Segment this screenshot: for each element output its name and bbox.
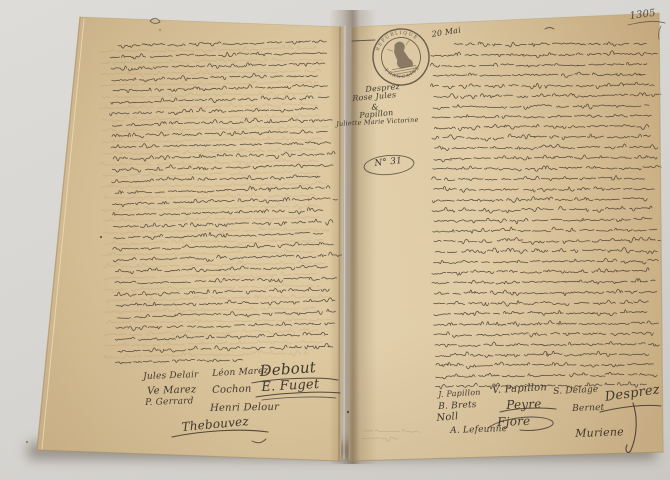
annotations-layer: 1305 20 MaiDesprezRose Jules&PapillonJul… <box>0 0 670 480</box>
sig-s-delage: S. Delage <box>553 385 599 397</box>
sig-thebouvez: Thebouvez <box>181 414 249 434</box>
sig-desprez: Desprez <box>604 382 661 405</box>
margin-act-number: N° 31 <box>374 156 403 169</box>
margin-groom-firstnames: Rose Jules <box>352 90 397 103</box>
sig-henri-delour: Henri Delour <box>210 402 279 414</box>
margin-date: 20 Mai <box>431 25 461 38</box>
page-number: 1305 <box>629 8 656 22</box>
margin-bride-firstnames: Juliette Marie Victorine <box>336 116 419 128</box>
sig-noll: Noll <box>436 411 459 424</box>
sig-muriene: Muriene <box>575 425 624 440</box>
sig-cochon: Cochon <box>212 384 252 396</box>
sig-ve-marez: Ve Marez <box>147 384 197 397</box>
sig-j-papillon: J. Papillon <box>438 388 481 399</box>
sig-jules-delair: Jules Delair <box>143 370 199 382</box>
sig-bernet: Bernet <box>572 403 605 414</box>
sig-p-gerrard: P. Gerrard <box>145 396 194 408</box>
sig-v-papillon: V. Papillon <box>492 382 547 396</box>
sig-peyre: Peyre <box>506 397 542 412</box>
sig-a-lefeunne: A. Lefeunne <box>450 424 507 436</box>
book-scan-background: REPUBLIQUE FRANCAISE 1305 20 MaiDesprezR… <box>0 0 670 480</box>
sig-e-fuget: E. Fuget <box>261 377 320 395</box>
